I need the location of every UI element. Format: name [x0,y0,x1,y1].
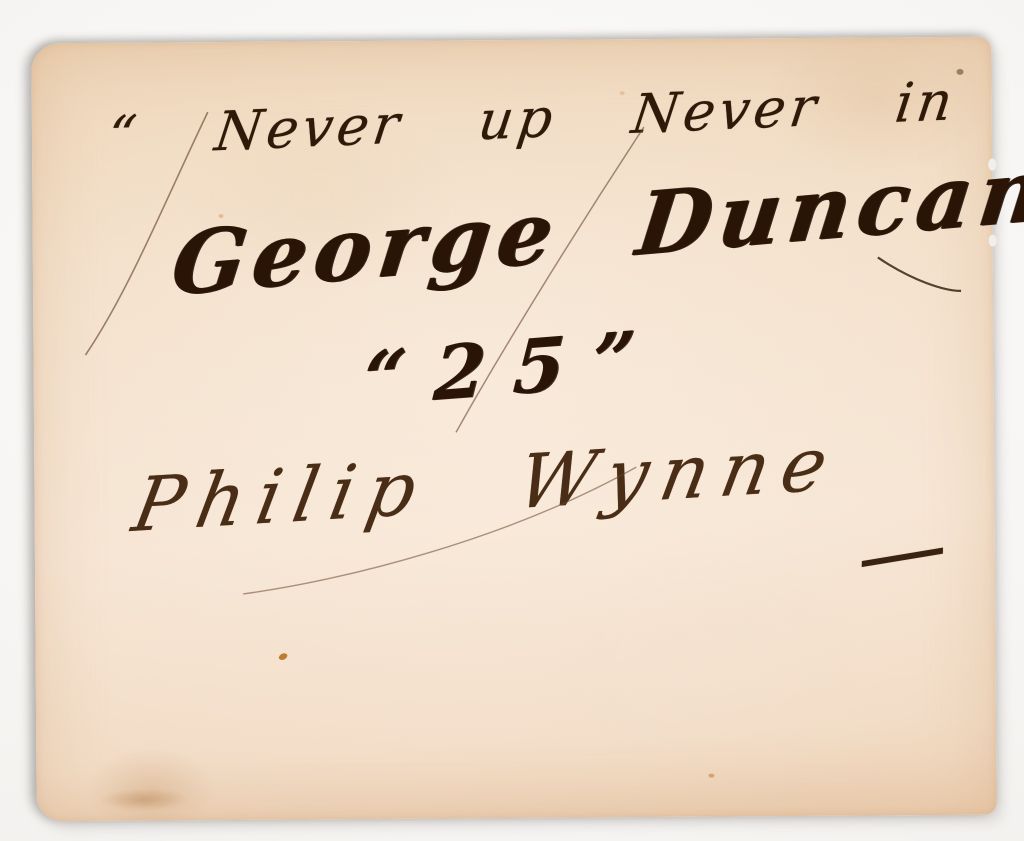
photo-backdrop: “ Never up Never in George Duncan “25” P… [0,0,1024,841]
foxing-speck [278,652,289,661]
signature-flourish-dash: — [848,492,954,610]
signature-george-duncan: George Duncan [166,139,1024,317]
autograph-album-page: “ Never up Never in George Duncan “25” P… [31,37,996,822]
handwritten-quote-line: “ Never up Never in [104,69,960,168]
corner-stain [84,784,204,815]
signature-philip-wynne: Philip Wynne [126,420,847,549]
flourish-stroke-duncan-tail [878,257,961,292]
foxing-speck [708,774,714,778]
handwritten-score-line: “25” [361,314,666,424]
